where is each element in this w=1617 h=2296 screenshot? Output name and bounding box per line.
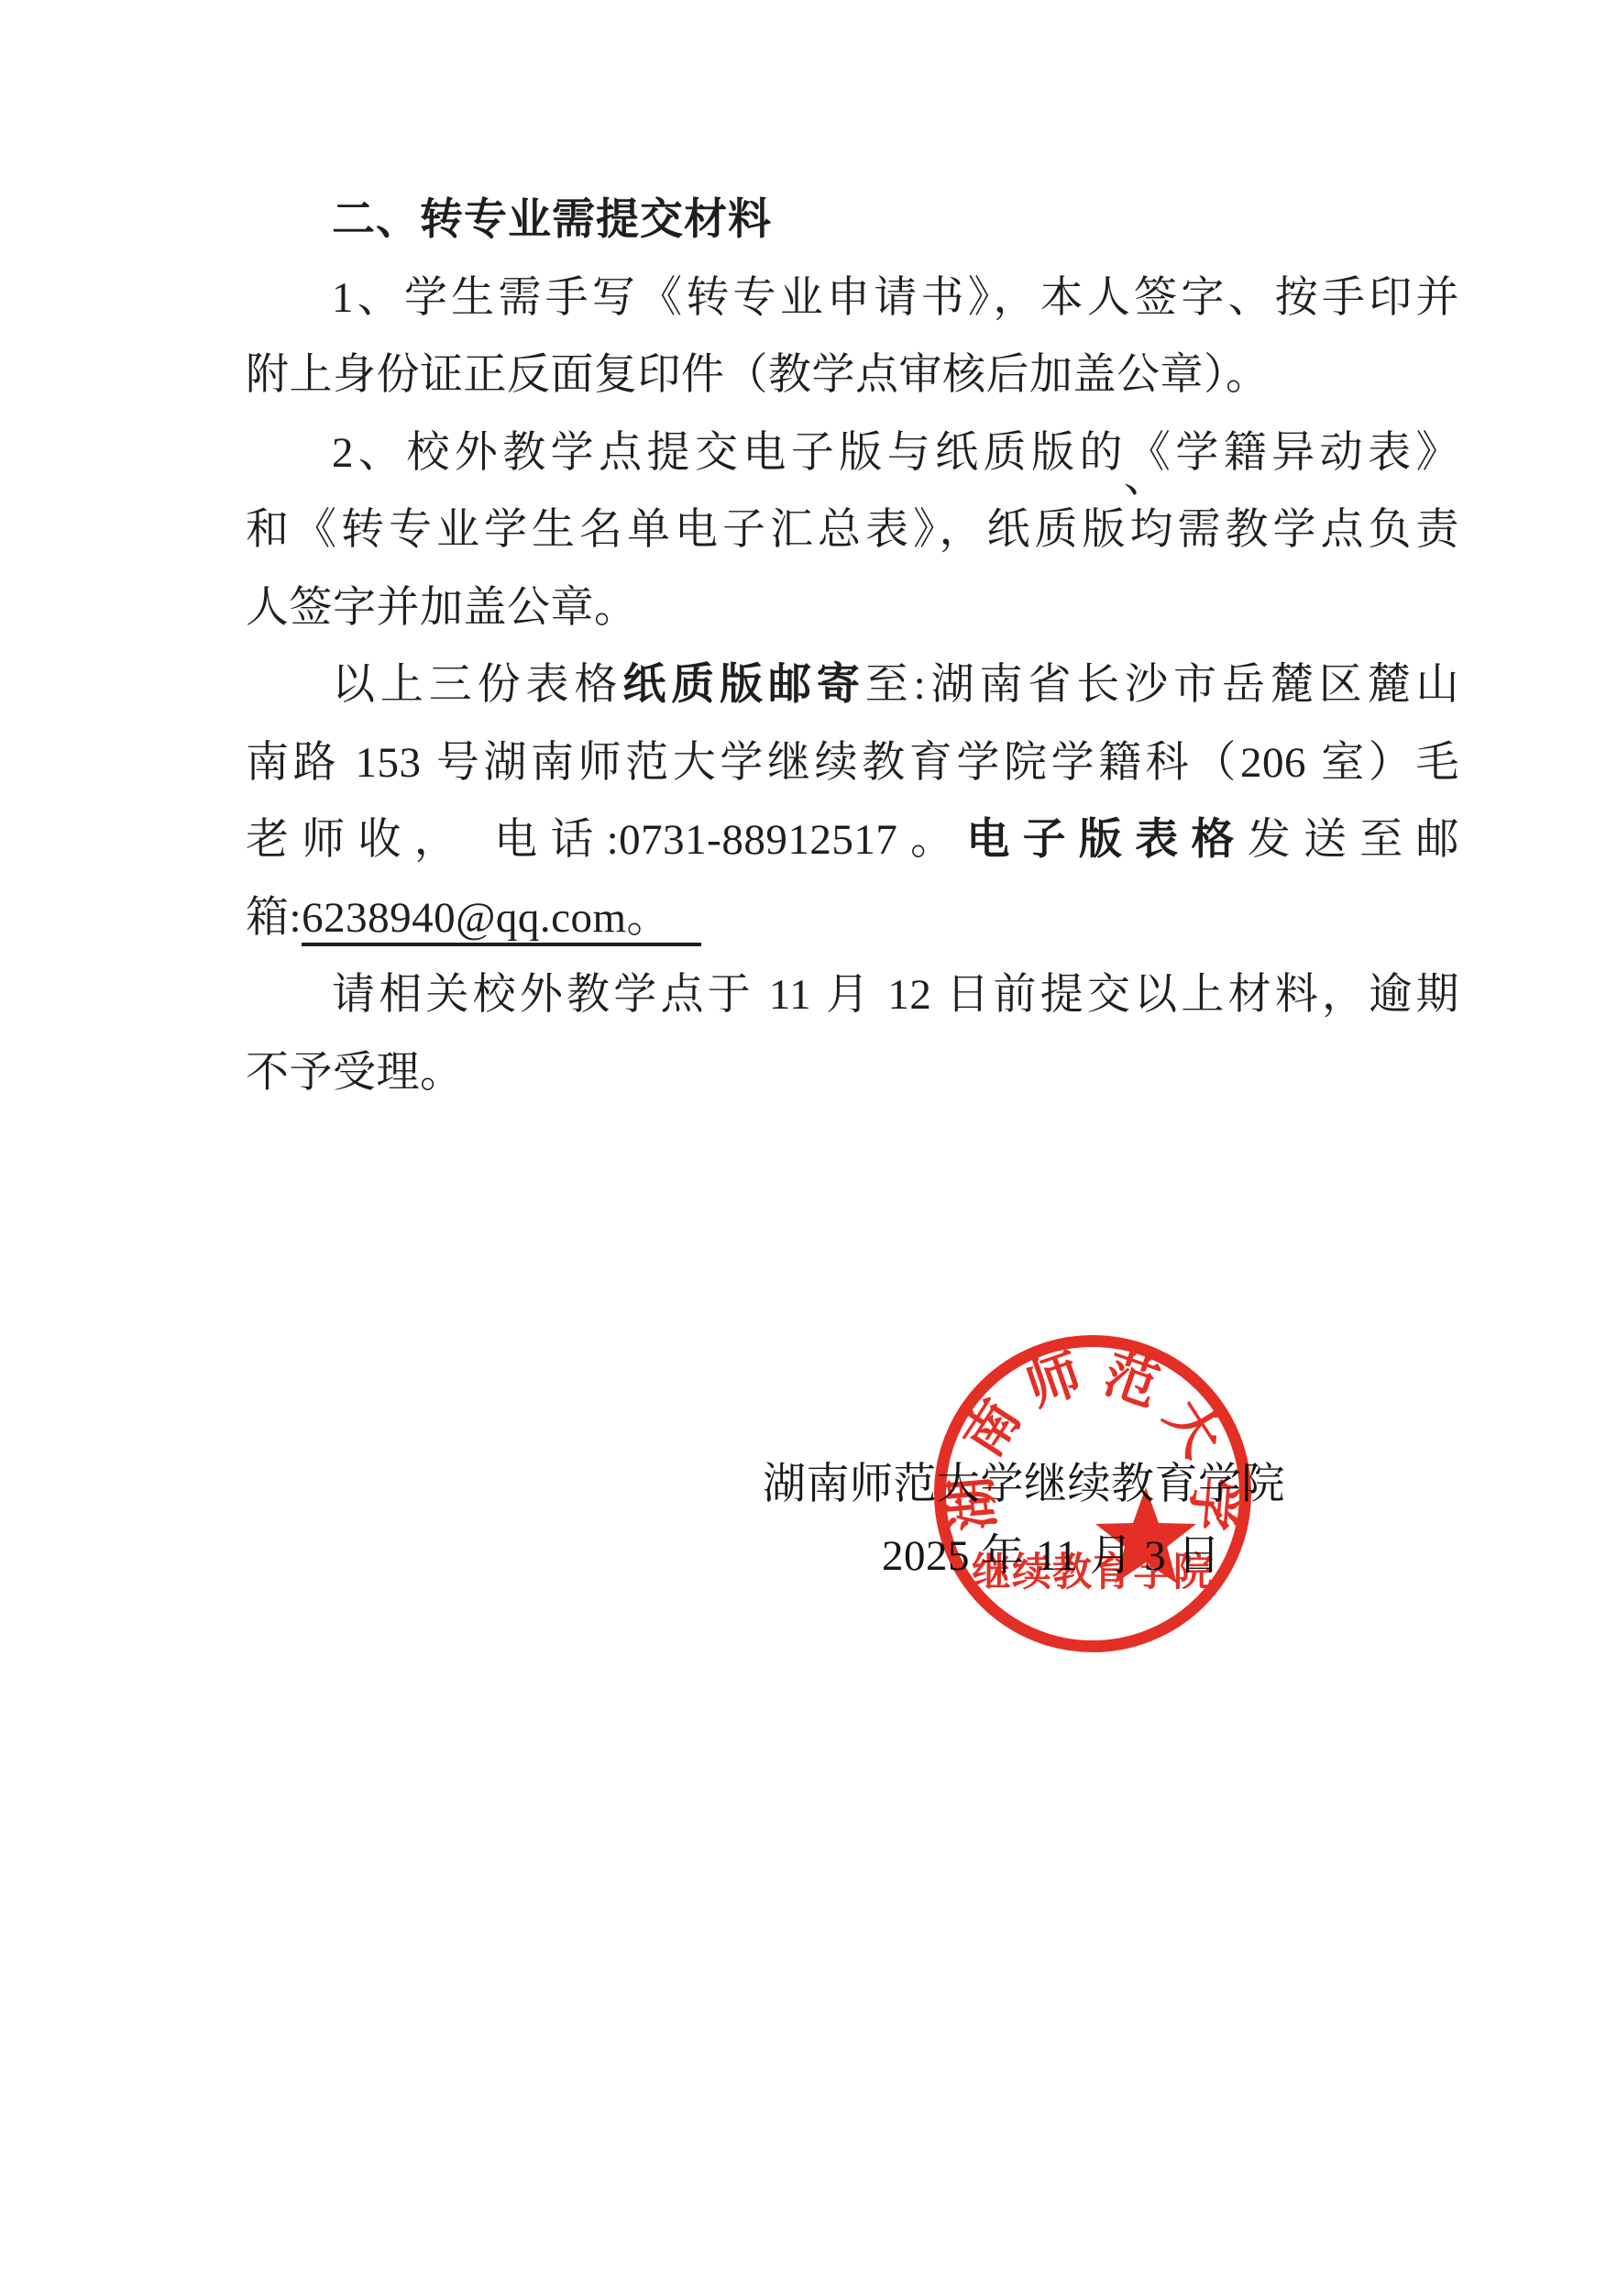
document-line: 人签字并加盖公章。 xyxy=(246,569,1459,647)
document-line: 1、学生需手写《转专业申请书》，本人签字、按手印并 xyxy=(246,259,1459,337)
official-seal: 继续教育学院 湖南师范大学 xyxy=(918,1319,1267,1668)
document-line: 附上身份证正反面复印件（教学点审核后加盖公章）。 xyxy=(246,337,1459,414)
document-page: 二、转专业需提交材料1、学生需手写《转专业申请书》，本人签字、按手印并附上身份证… xyxy=(0,0,1617,2296)
hanging-comma: 、 xyxy=(1124,457,1167,500)
seal-arc-char: 学 xyxy=(1180,1473,1243,1536)
seal-arc-char: 湖 xyxy=(942,1473,1006,1536)
document-body: 二、转专业需提交材料1、学生需手写《转专业申请书》，本人签字、按手印并附上身份证… xyxy=(246,182,1459,1111)
heading-line: 二、转专业需提交材料 xyxy=(246,182,1459,259)
document-line: 南路 153 号湖南师范大学继续教育学院学籍科（206 室）毛 xyxy=(246,724,1459,802)
document-line: 老师收， 电话:0731-88912517。电子版表格发送至邮 xyxy=(246,801,1459,879)
document-line: 以上三份表格纸质版邮寄至:湖南省长沙市岳麓区麓山 xyxy=(246,646,1459,724)
document-line: 不予受理。 xyxy=(246,1034,1459,1112)
seal-bottom-text: 继续教育学院 xyxy=(918,1552,1267,1595)
document-line: 和《转专业学生名单电子汇总表》，纸质版均需教学点负责 xyxy=(246,491,1459,569)
document-line: 箱:6238940@qq.com。 xyxy=(246,879,1459,957)
document-line: 请相关校外教学点于 11 月 12 日前提交以上材料，逾期 xyxy=(246,956,1459,1034)
document-line: 2、校外教学点提交电子版与纸质版的《学籍异动表》 xyxy=(246,414,1459,492)
